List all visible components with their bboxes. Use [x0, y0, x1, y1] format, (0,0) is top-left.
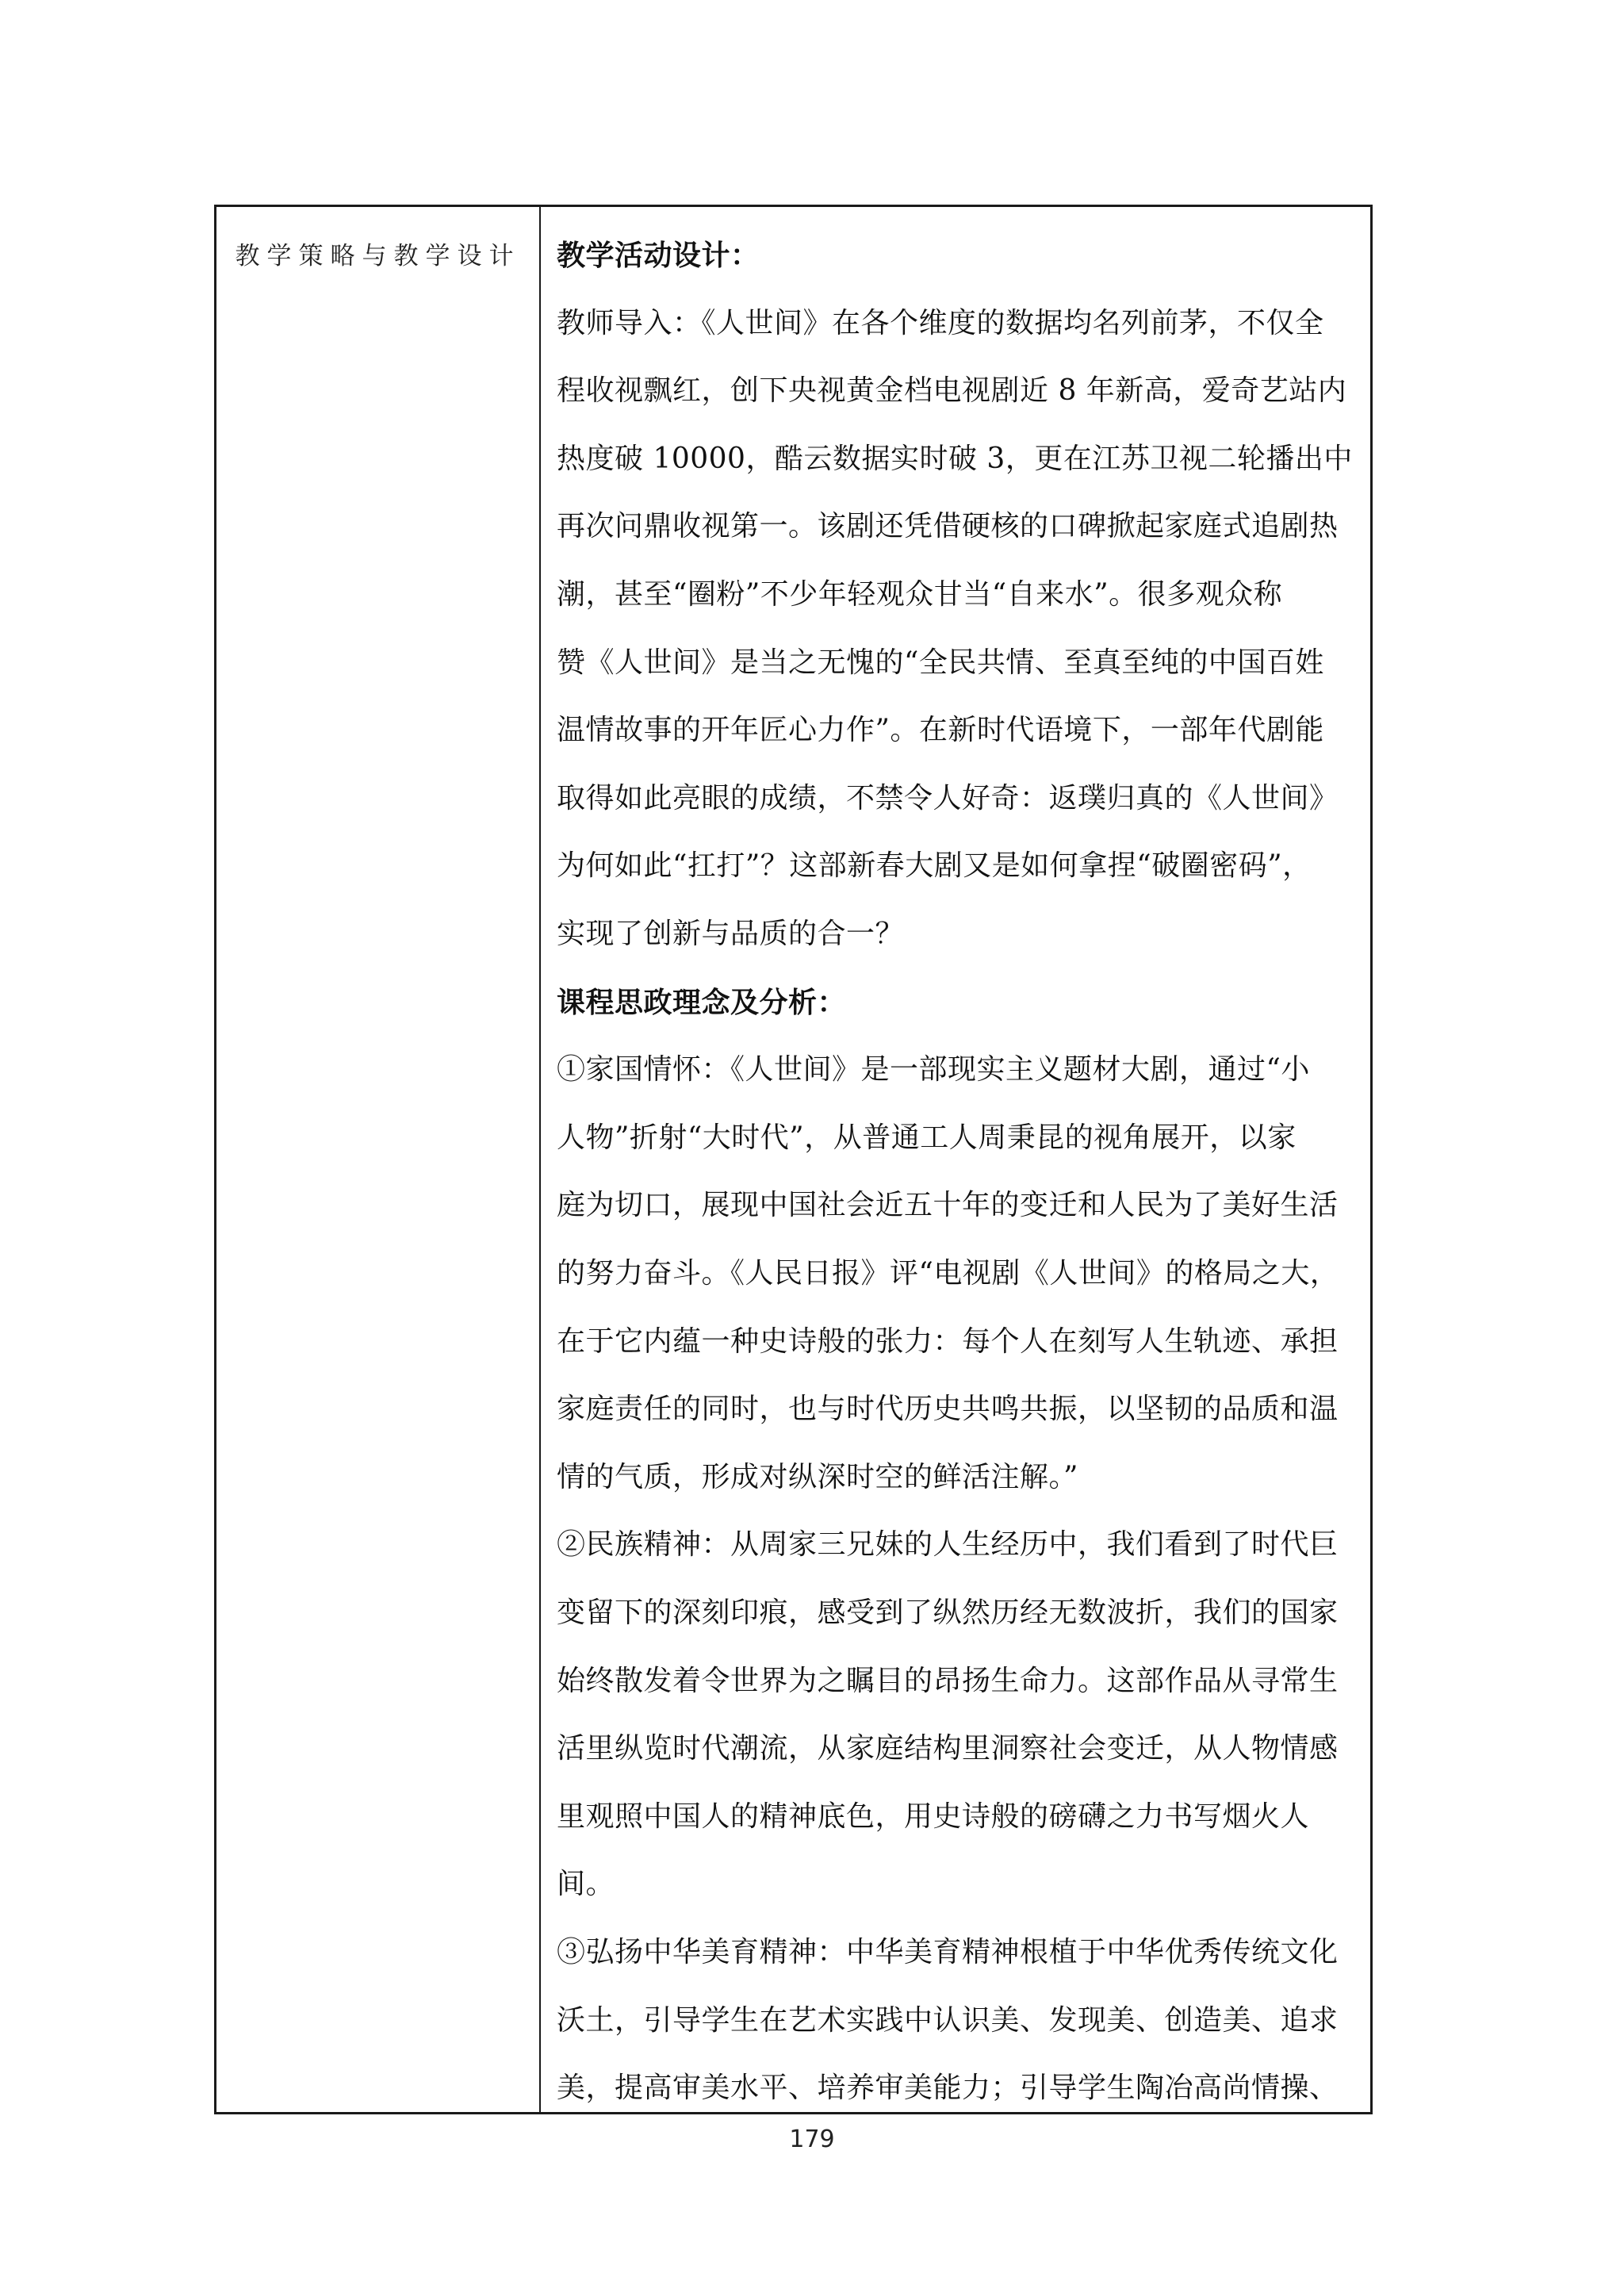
- section-heading: 课程思政理念及分析：: [557, 979, 1359, 1026]
- label-cell: 教学策略与教学设计: [216, 207, 539, 2112]
- paragraph-line: 庭为切口，展现中国社会近五十年的变迁和人民为了美好生活: [557, 1182, 1359, 1229]
- paragraph-line: 的努力奋斗。《人民日报》评“电视剧《人世间》的格局之大，: [557, 1250, 1359, 1297]
- content-cell: 教学活动设计：教师导入：《人世间》在各个维度的数据均名列前茅，不仅全程收视飘红，…: [541, 207, 1370, 2112]
- paragraph-line: 在于它内蕴一种史诗般的张力：每个人在刻写人生轨迹、承担: [557, 1318, 1359, 1366]
- paragraph-line: 间。: [557, 1861, 1359, 1908]
- paragraph-line: 变留下的深刻印痕，感受到了纵然历经无数波折，我们的国家: [557, 1589, 1359, 1637]
- paragraph-line: 取得如此亮眼的成绩，不禁令人好奇：返璞归真的《人世间》: [557, 775, 1359, 822]
- paragraph-line: 实现了创新与品质的合一？: [557, 910, 1359, 958]
- paragraph-line: 赞《人世间》是当之无愧的“全民共情、至真至纯的中国百姓: [557, 639, 1359, 687]
- document-page: 教学策略与教学设计 教学活动设计：教师导入：《人世间》在各个维度的数据均名列前茅…: [0, 0, 1624, 2296]
- paragraph-line: 始终散发着令世界为之瞩目的昂扬生命力。这部作品从寻常生: [557, 1658, 1359, 1705]
- paragraph-line: 温情故事的开年匠心力作”。在新时代语境下，一部年代剧能: [557, 707, 1359, 754]
- paragraph-line: 沃土，引导学生在艺术实践中认识美、发现美、创造美、追求: [557, 1997, 1359, 2045]
- paragraph-line: 再次问鼎收视第一。该剧还凭借硬核的口碑掀起家庭式追剧热: [557, 503, 1359, 550]
- paragraph-line: 为何如此“扛打”？这部新春大剧又是如何拿捏“破圈密码”，: [557, 842, 1359, 890]
- paragraph-line: ②民族精神：从周家三兄妹的人生经历中，我们看到了时代巨: [557, 1521, 1359, 1569]
- paragraph-line: 情的气质，形成对纵深时空的鲜活注解。”: [557, 1454, 1359, 1501]
- paragraph-line: 程收视飘红，创下央视黄金档电视剧近 8 年新高，爱奇艺站内: [557, 367, 1359, 415]
- page-number: 179: [0, 2125, 1624, 2153]
- paragraph-line: 人物”折射“大时代”，从普通工人周秉昆的视角展开，以家: [557, 1114, 1359, 1162]
- paragraph-line: 潮，甚至“圈粉”不少年轻观众甘当“自来水”。很多观众称: [557, 571, 1359, 619]
- paragraph-line: 教师导入：《人世间》在各个维度的数据均名列前茅，不仅全: [557, 300, 1359, 347]
- paragraph-line: 家庭责任的同时，也与时代历史共鸣共振，以坚韧的品质和温: [557, 1386, 1359, 1433]
- paragraph-line: 里观照中国人的精神底色，用史诗般的磅礴之力书写烟火人: [557, 1793, 1359, 1841]
- row-label: 教学策略与教学设计: [216, 236, 539, 271]
- teaching-design-table: 教学策略与教学设计 教学活动设计：教师导入：《人世间》在各个维度的数据均名列前茅…: [214, 205, 1373, 2114]
- paragraph-line: ①家国情怀：《人世间》是一部现实主义题材大剧，通过“小: [557, 1046, 1359, 1094]
- section-heading: 教学活动设计：: [557, 232, 1359, 279]
- paragraph-line: ③弘扬中华美育精神：中华美育精神根植于中华优秀传统文化: [557, 1929, 1359, 1976]
- paragraph-line: 活里纵览时代潮流，从家庭结构里洞察社会变迁，从人物情感: [557, 1725, 1359, 1773]
- paragraph-line: 热度破 10000，酷云数据实时破 3，更在江苏卫视二轮播出中: [557, 435, 1359, 483]
- paragraph-line: 美，提高审美水平、培养审美能力；引导学生陶冶高尚情操、: [557, 2064, 1359, 2112]
